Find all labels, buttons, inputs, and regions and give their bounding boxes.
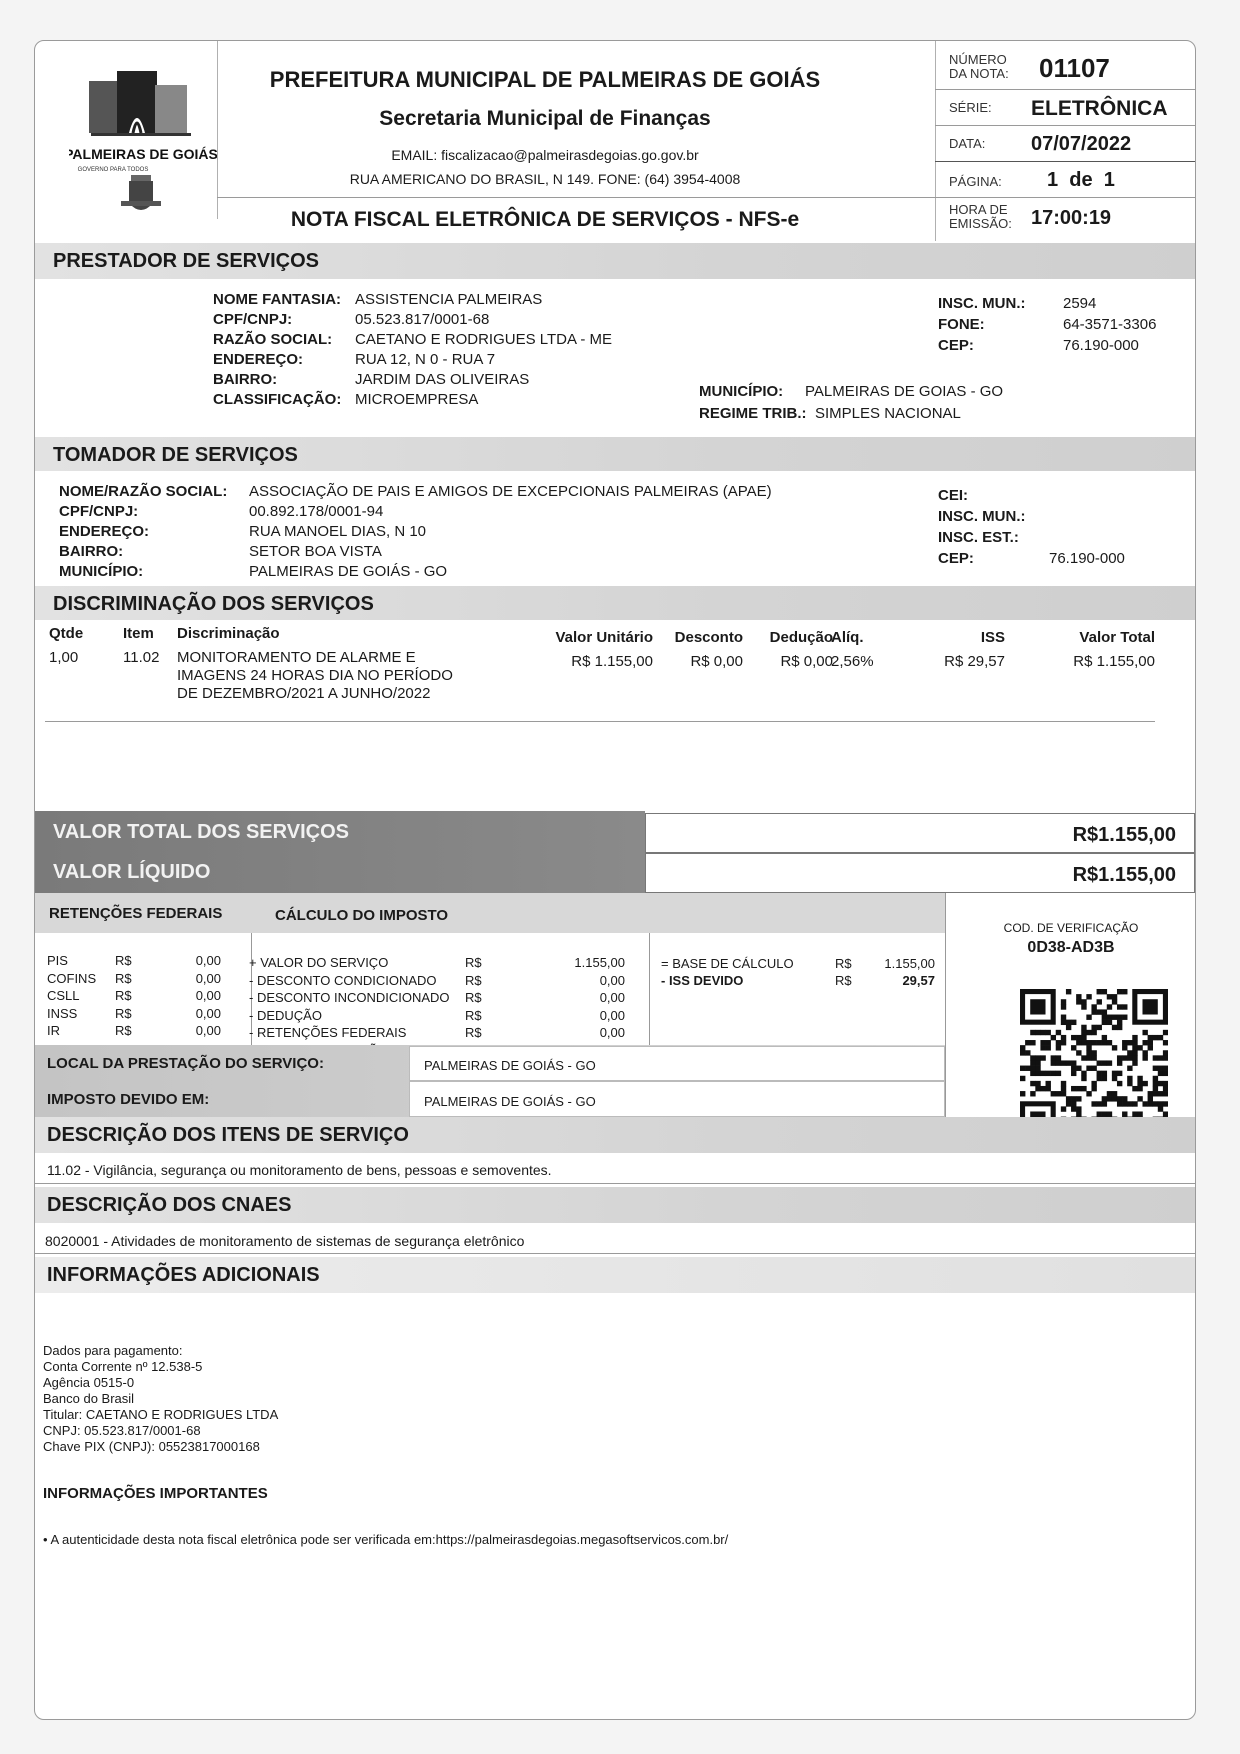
itens-servico-section-header: DESCRIÇÃO DOS ITENS DE SERVIÇO	[35, 1117, 1195, 1153]
column-header: Valor Total	[1025, 629, 1155, 646]
meta-serie: SÉRIE: ELETRÔNICA	[935, 91, 1195, 127]
adicionais-line: Banco do Brasil	[43, 1391, 278, 1407]
verificacao-code: 0D38-AD3B	[947, 939, 1195, 957]
column-header: Valor Unitário	[523, 629, 653, 646]
retencao-currency: R$	[115, 953, 132, 968]
cnaes-text: 8020001 - Atividades de monitoramento de…	[45, 1233, 524, 1249]
header-address: RUA AMERICANO DO BRASIL, N 149. FONE: (6…	[245, 171, 845, 187]
discriminacao-line: MONITORAMENTO DE ALARME E	[177, 649, 416, 666]
column-header: Discriminação	[177, 625, 497, 642]
adicionais-line: Chave PIX (CNPJ): 05523817000168	[43, 1439, 278, 1455]
calculo-value: 0,00	[525, 1025, 625, 1040]
valor-total-box: R$1.155,00	[645, 813, 1195, 853]
valor-liquido: R$1.155,00	[1073, 864, 1176, 887]
adicionais-line: Agência 0515-0	[43, 1375, 278, 1391]
divider	[217, 197, 937, 198]
prestador-regime: SIMPLES NACIONAL	[815, 405, 961, 422]
tomador-right-label: INSC. EST.:	[938, 529, 1019, 546]
calculo-currency: R$	[465, 1025, 482, 1040]
calculo-currency: R$	[465, 955, 482, 970]
service-cell-valor-total: R$ 1.155,00	[1025, 653, 1155, 670]
retencao-currency: R$	[115, 1006, 132, 1021]
discriminacao-line: DE DEZEMBRO/2021 A JUNHO/2022	[177, 685, 430, 702]
verificacao-label: COD. DE VERIFICAÇÃO	[947, 921, 1195, 935]
calculo-currency: R$	[465, 1008, 482, 1023]
tomador-right-label: CEI:	[938, 487, 968, 504]
prestador-section-header: PRESTADOR DE SERVIÇOS	[35, 243, 1195, 279]
retencao-currency: R$	[115, 988, 132, 1003]
retencao-name: CSLL	[47, 988, 80, 1003]
column-header: Dedução	[749, 629, 833, 646]
adicionais-section-header: INFORMAÇÕES ADICIONAIS	[35, 1257, 1195, 1293]
calculo-label: + VALOR DO SERVIÇO	[249, 955, 388, 970]
retencao-value: 0,00	[155, 1006, 221, 1021]
coat-of-arms-icon: PALMEIRAS DE GOIÁS GOVERNO PARA TODOS	[69, 63, 229, 233]
secretaria-subtitle: Secretaria Municipal de Finanças	[245, 107, 845, 131]
service-cell-item: 11.02	[123, 649, 183, 666]
prestador-field-value: MICROEMPRESA	[355, 391, 478, 408]
meta-hora: HORA DEEMISSÃO: 17:00:19	[935, 201, 1195, 237]
calculo-label: - DEDUÇÃO	[249, 1008, 322, 1023]
tomador-right-value: 76.190-000	[1049, 550, 1125, 567]
meta-numero: NÚMERODA NOTA: 01107	[935, 45, 1195, 81]
header-email: EMAIL: fiscalizacao@palmeirasdegoias.go.…	[245, 147, 845, 163]
prestador-right-value: 2594	[1063, 295, 1096, 312]
svg-text:GOVERNO PARA TODOS: GOVERNO PARA TODOS	[78, 167, 149, 173]
calculo-value: 0,00	[525, 973, 625, 988]
prestador-municipio-label: MUNICÍPIO:	[699, 383, 783, 400]
valor-liquido-box: R$1.155,00	[645, 853, 1195, 893]
valor-liquido-label: VALOR LÍQUIDO	[35, 853, 645, 893]
adicionais-lines: Dados para pagamento:Conta Corrente nº 1…	[43, 1343, 278, 1455]
prefeitura-title: PREFEITURA MUNICIPAL DE PALMEIRAS DE GOI…	[245, 67, 845, 93]
prestador-field-label: BAIRRO:	[213, 371, 277, 388]
retencoes-title: RETENÇÕES FEDERAIS	[49, 905, 222, 922]
meta-pagina: PÁGINA: 1 de 1	[935, 163, 1195, 199]
tomador-right-label: INSC. MUN.:	[938, 508, 1026, 525]
importantes-title: INFORMAÇÕES IMPORTANTES	[43, 1485, 268, 1502]
tomador-field-label: BAIRRO:	[59, 543, 123, 560]
service-cell-iss: R$ 29,57	[915, 653, 1005, 670]
tomador-field-label: NOME/RAZÃO SOCIAL:	[59, 483, 227, 500]
retencao-value: 0,00	[155, 1023, 221, 1038]
adicionais-line: CNPJ: 05.523.817/0001-68	[43, 1423, 278, 1439]
nfse-document: PALMEIRAS DE GOIÁS GOVERNO PARA TODOS PR…	[34, 40, 1196, 1720]
itens-servico-text: 11.02 - Vigilância, segurança ou monitor…	[47, 1162, 552, 1178]
prestador-right-value: 76.190-000	[1063, 337, 1139, 354]
prestador-right-label: CEP:	[938, 337, 974, 354]
column-header: Alíq.	[831, 629, 897, 646]
document-title: NOTA FISCAL ELETRÔNICA DE SERVIÇOS - NFS…	[245, 208, 845, 232]
calculo-label: - DESCONTO INCONDICIONADO	[249, 990, 450, 1005]
prestador-field-label: CLASSIFICAÇÃO:	[213, 391, 341, 408]
local-prestacao-box: PALMEIRAS DE GOIÁS - GO	[409, 1046, 945, 1081]
cnaes-section-header: DESCRIÇÃO DOS CNAES	[35, 1187, 1195, 1223]
tomador-field-label: CPF/CNPJ:	[59, 503, 138, 520]
service-cell-qtde: 1,00	[49, 649, 109, 666]
prestador-field-label: CPF/CNPJ:	[213, 311, 292, 328]
prestador-right-value: 64-3571-3306	[1063, 316, 1156, 333]
retencao-currency: R$	[115, 971, 132, 986]
tomador-field-value: SETOR BOA VISTA	[249, 543, 382, 560]
qr-code-icon	[1020, 989, 1168, 1137]
service-cell-valor-unitario: R$ 1.155,00	[523, 653, 653, 670]
retencao-value: 0,00	[155, 953, 221, 968]
prestador-field-label: RAZÃO SOCIAL:	[213, 331, 332, 348]
tomador-section-header: TOMADOR DE SERVIÇOS	[35, 437, 1195, 471]
calculo-currency: R$	[465, 990, 482, 1005]
tomador-field-value: ASSOCIAÇÃO DE PAIS E AMIGOS DE EXCEPCION…	[249, 483, 772, 500]
base-calculo-label: = BASE DE CÁLCULO	[661, 956, 794, 971]
iss-devido-label: - ISS DEVIDO	[661, 973, 743, 988]
tomador-field-label: ENDEREÇO:	[59, 523, 149, 540]
service-cell-aliquota: 2,56%	[831, 653, 897, 670]
retencao-value: 0,00	[155, 988, 221, 1003]
data-value: 07/07/2022	[1031, 133, 1131, 156]
retencao-name: INSS	[47, 1006, 77, 1021]
divider	[217, 41, 218, 219]
imposto-devido-value: PALMEIRAS DE GOIÁS - GO	[424, 1094, 596, 1109]
calculo-label: - DESCONTO CONDICIONADO	[249, 973, 437, 988]
retencao-currency: R$	[115, 1023, 132, 1038]
servicos-section-header: DISCRIMINAÇÃO DOS SERVIÇOS	[35, 586, 1195, 620]
prestador-regime-label: REGIME TRIB.:	[699, 405, 807, 422]
retencao-name: PIS	[47, 953, 68, 968]
calculo-value: 1.155,00	[525, 955, 625, 970]
prestador-field-value: CAETANO E RODRIGUES LTDA - ME	[355, 331, 612, 348]
prestador-municipio: PALMEIRAS DE GOIAS - GO	[805, 383, 1003, 400]
prestador-field-value: ASSISTENCIA PALMEIRAS	[355, 291, 542, 308]
prestador-field-label: NOME FANTASIA:	[213, 291, 341, 308]
calculo-value: 0,00	[525, 990, 625, 1005]
tomador-field-value: RUA MANOEL DIAS, N 10	[249, 523, 426, 540]
tomador-field-value: PALMEIRAS DE GOIÁS - GO	[249, 563, 447, 580]
prestador-field-label: ENDEREÇO:	[213, 351, 303, 368]
importantes-text: • A autenticidade desta nota fiscal elet…	[43, 1532, 728, 1547]
column-header: ISS	[915, 629, 1005, 646]
pagina-value: 1 de 1	[1047, 169, 1115, 192]
calculo-label: - RETENÇÕES FEDERAIS	[249, 1025, 406, 1040]
column-header: Qtde	[49, 625, 109, 642]
prestador-field-value: JARDIM DAS OLIVEIRAS	[355, 371, 529, 388]
prestador-field-value: 05.523.817/0001-68	[355, 311, 489, 328]
base-calculo-currency: R$	[835, 956, 852, 971]
service-cell-desconto: R$ 0,00	[661, 653, 743, 670]
service-cell-deducao: R$ 0,00	[749, 653, 833, 670]
column-header: Item	[123, 625, 183, 642]
base-calculo-value: 1.155,00	[855, 956, 935, 971]
imposto-devido-label: IMPOSTO DEVIDO EM:	[47, 1091, 209, 1108]
column-header: Desconto	[661, 629, 743, 646]
adicionais-line: Conta Corrente nº 12.538-5	[43, 1359, 278, 1375]
serie-value: ELETRÔNICA	[1031, 97, 1168, 121]
municipality-logo: PALMEIRAS DE GOIÁS GOVERNO PARA TODOS	[69, 63, 229, 233]
retencao-name: COFINS	[47, 971, 96, 986]
tomador-field-value: 00.892.178/0001-94	[249, 503, 383, 520]
svg-text:PALMEIRAS DE GOIÁS: PALMEIRAS DE GOIÁS	[69, 146, 218, 162]
local-prestacao-value: PALMEIRAS DE GOIÁS - GO	[424, 1058, 596, 1073]
tomador-field-label: MUNICÍPIO:	[59, 563, 143, 580]
tomador-right-label: CEP:	[938, 550, 974, 567]
retencao-name: IR	[47, 1023, 60, 1038]
calculo-currency: R$	[465, 973, 482, 988]
local-prestacao-label: LOCAL DA PRESTAÇÃO DO SERVIÇO:	[47, 1055, 324, 1072]
adicionais-line: Dados para pagamento:	[43, 1343, 278, 1359]
hora-value: 17:00:19	[1031, 207, 1111, 230]
discriminacao-line: IMAGENS 24 HORAS DIA NO PERÍODO	[177, 667, 453, 684]
prestador-field-value: RUA 12, N 0 - RUA 7	[355, 351, 495, 368]
numero-nota: 01107	[1039, 53, 1110, 84]
imposto-devido-box: PALMEIRAS DE GOIÁS - GO	[409, 1081, 945, 1117]
iss-devido-value: 29,57	[855, 973, 935, 988]
meta-data: DATA: 07/07/2022	[935, 127, 1195, 163]
prestador-right-label: FONE:	[938, 316, 985, 333]
valor-total: R$1.155,00	[1073, 824, 1176, 847]
valor-total-label: VALOR TOTAL DOS SERVIÇOS	[35, 811, 645, 853]
iss-devido-currency: R$	[835, 973, 852, 988]
adicionais-line: Titular: CAETANO E RODRIGUES LTDA	[43, 1407, 278, 1423]
calculo-value: 0,00	[525, 1008, 625, 1023]
prestador-right-label: INSC. MUN.:	[938, 295, 1026, 312]
calculo-title: CÁLCULO DO IMPOSTO	[275, 907, 448, 924]
retencao-value: 0,00	[155, 971, 221, 986]
